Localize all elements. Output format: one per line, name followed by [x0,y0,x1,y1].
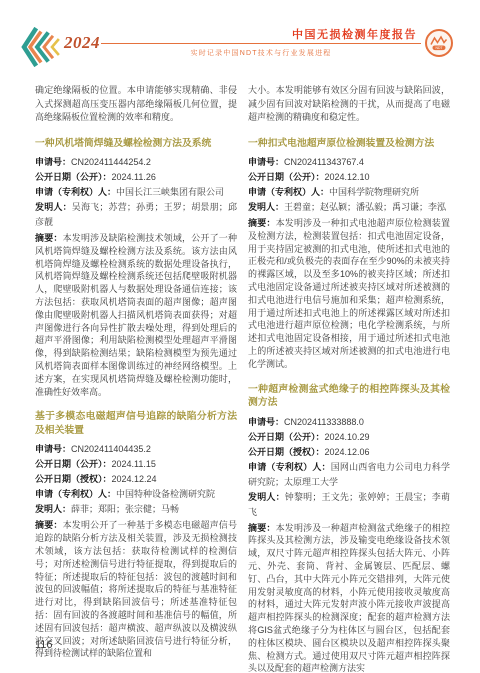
field-label: 公开日期（公开）： [248,172,325,182]
patent-title: 一种扣式电池超声原位检测装置及检测方法 [248,137,450,151]
field-value: 2024.10.29 [325,432,370,442]
patent-field: 发明人：钟黎明；王文先；张婷婷；王晨宝；李萌飞 [248,490,450,520]
continuation-paragraph: 确定绝缘隔板的位置。本申请能够实现精确、非侵入式探测超高压变压器内部绝缘隔板几何… [35,84,237,125]
report-header: 2024 中国无损检测年度报告 实时记录中国NDT技术与行业发展进程 NDT [20,26,454,70]
abstract-label: 摘要： [248,523,276,533]
patent-field: 公开日期（公开）：2024.11.26 [35,170,237,185]
patent-abstract: 摘要：本发明涉及一种扣式电池超声原位检测装置及检测方法，检测装置包括：扣式电池固… [248,217,450,371]
header-title-block: 中国无损检测年度报告 实时记录中国NDT技术与行业发展进程 [101,29,421,58]
field-label: 申请号： [35,157,71,167]
field-label: 发明人： [248,202,284,212]
field-value: 中国特种设备检测研究院 [116,489,215,499]
abstract-text: 本发明涉及一种超声检测盆式绝缘子的相控阵探头及其检测方法，涉及输变电绝缘设备技术… [248,523,450,673]
patent-field: 发明人：吴海飞；苏营；孙勇；王罗；胡景朋；邱彦靓 [35,200,237,230]
patent-field: 申请号：CN202411343767.4 [248,155,450,170]
patent-entry: 一种超声检测盆式绝缘子的相控阵探头及其检测方法 申请号：CN2024113338… [248,383,450,673]
continuation-paragraph: 大小。本发明能够有效区分固有回波与缺陷回波，减少固有回波对缺陷检测的干扰，从而提… [248,84,450,125]
abstract-label: 摘要： [248,218,276,228]
abstract-text: 本发明公开了一种基于多模态电磁超声信号追踪的缺陷分析方法及相关装置，涉及无损检测… [35,520,237,658]
page-number: 116 [35,639,53,651]
field-value: 中国科学院物理研究所 [329,187,419,197]
field-value: 2024.11.26 [112,172,156,182]
year-label: 2024 [64,33,100,53]
field-label: 发明人： [35,504,71,514]
field-label: 申请（专利权）人： [248,462,331,472]
field-label: 申请号： [248,157,284,167]
patent-field: 公开日期（授权）：2024.12.24 [35,472,237,487]
patent-abstract: 摘要：本发明涉及缺陷检测技术领域，公开了一种风机塔筒焊缝及螺栓检测方法及系统。该… [35,232,237,398]
header-rule [101,43,421,44]
report-subtitle: 实时记录中国NDT技术与行业发展进程 [101,48,421,58]
patent-field: 申请号：CN202411333888.0 [248,415,450,430]
patent-abstract: 摘要：本发明公开了一种基于多模态电磁超声信号追踪的缺陷分析方法及相关装置，涉及无… [35,519,237,660]
patent-entry: 一种扣式电池超声原位检测装置及检测方法 申请号：CN202411343767.4… [248,137,450,371]
document-page: 2024 中国无损检测年度报告 实时记录中国NDT技术与行业发展进程 NDT 确… [0,0,480,673]
field-value: 薛菲；郑阳；张宗健；马畅 [71,504,179,514]
chevrons-logo [20,27,62,67]
field-value: CN202411404435.2 [71,444,151,454]
report-title: 中国无损检测年度报告 [101,29,421,42]
field-label: 申请（专利权）人： [35,187,116,197]
content-area: 确定绝缘隔板的位置。本申请能够实现精确、非侵入式探测超高压变压器内部绝缘隔板几何… [35,84,450,673]
patent-field: 申请（专利权）人：中国特种设备检测研究院 [35,487,237,502]
patent-field: 发明人：薛菲；郑阳；张宗健；马畅 [35,502,237,517]
field-value: 王碧童；赵弘颖；潘弘毅；禹习谦；李泓 [284,202,446,212]
field-value: 2024.11.15 [112,459,156,469]
patent-field: 申请号：CN202411404435.2 [35,442,237,457]
field-value: CN202411444254.2 [71,157,151,167]
patent-field: 公开日期（公开）：2024.11.15 [35,457,237,472]
abstract-label: 摘要： [35,233,63,243]
patent-entry: 基于多模态电磁超声信号追踪的缺陷分析方法及相关装置 申请号：CN20241140… [35,410,237,660]
left-column: 确定绝缘隔板的位置。本申请能够实现精确、非侵入式探测超高压变压器内部绝缘隔板几何… [35,84,237,673]
field-value: 2024.12.06 [325,447,370,457]
badge-label: NDT [436,46,443,50]
patent-title: 一种超声检测盆式绝缘子的相控阵探头及其检测方法 [248,383,450,410]
patent-field: 公开日期（授权）：2024.12.06 [248,445,450,460]
field-value: CN202411343767.4 [284,157,364,167]
abstract-text: 本发明涉及一种扣式电池超声原位检测装置及检测方法，检测装置包括：扣式电池固定设备… [248,218,450,369]
abstract-label: 摘要： [35,520,63,530]
field-label: 申请（专利权）人： [248,187,329,197]
patent-field: 公开日期（公开）：2024.12.10 [248,170,450,185]
patent-field: 公开日期（公开）：2024.10.29 [248,430,450,445]
field-label: 申请号： [248,417,284,427]
patent-field: 申请号：CN202411444254.2 [35,155,237,170]
patent-entry: 一种风机塔筒焊缝及螺栓检测方法及系统 申请号：CN202411444254.2 … [35,137,237,399]
right-column: 大小。本发明能够有效区分固有回波与缺陷回波，减少固有回波对缺陷检测的干扰，从而提… [248,84,450,673]
patent-title: 一种风机塔筒焊缝及螺栓检测方法及系统 [35,137,237,151]
patent-title: 基于多模态电磁超声信号追踪的缺陷分析方法及相关装置 [35,410,237,437]
field-label: 公开日期（授权）： [248,447,325,457]
field-label: 公开日期（公开）： [35,172,112,182]
field-label: 申请（专利权）人： [35,489,116,499]
patent-field: 发明人：王碧童；赵弘颖；潘弘毅；禹习谦；李泓 [248,200,450,215]
patent-abstract: 摘要：本发明涉及一种超声检测盆式绝缘子的相控阵探头及其检测方法，涉及输变电绝缘设… [248,522,450,673]
field-label: 发明人： [248,492,285,502]
field-value: 2024.12.10 [325,172,370,182]
ndt-badge-icon: NDT [424,28,454,58]
field-label: 公开日期（公开）： [35,459,112,469]
abstract-text: 本发明涉及缺陷检测技术领域，公开了一种风机塔筒焊缝及螺栓检测方法及系统。该方法由… [35,233,237,397]
field-value: CN202411333888.0 [284,417,364,427]
field-label: 公开日期（授权）： [35,474,112,484]
patent-field: 申请（专利权）人：国网山西省电力公司电力科学研究院；太原理工大学 [248,460,450,490]
patent-field: 申请（专利权）人：中国科学院物理研究所 [248,185,450,200]
field-label: 发明人： [35,202,72,212]
patent-field: 申请（专利权）人：中国长江三峡集团有限公司 [35,185,237,200]
field-value: 中国长江三峡集团有限公司 [116,187,224,197]
field-value: 2024.12.24 [112,474,157,484]
field-label: 申请号： [35,444,71,454]
field-label: 公开日期（公开）： [248,432,325,442]
